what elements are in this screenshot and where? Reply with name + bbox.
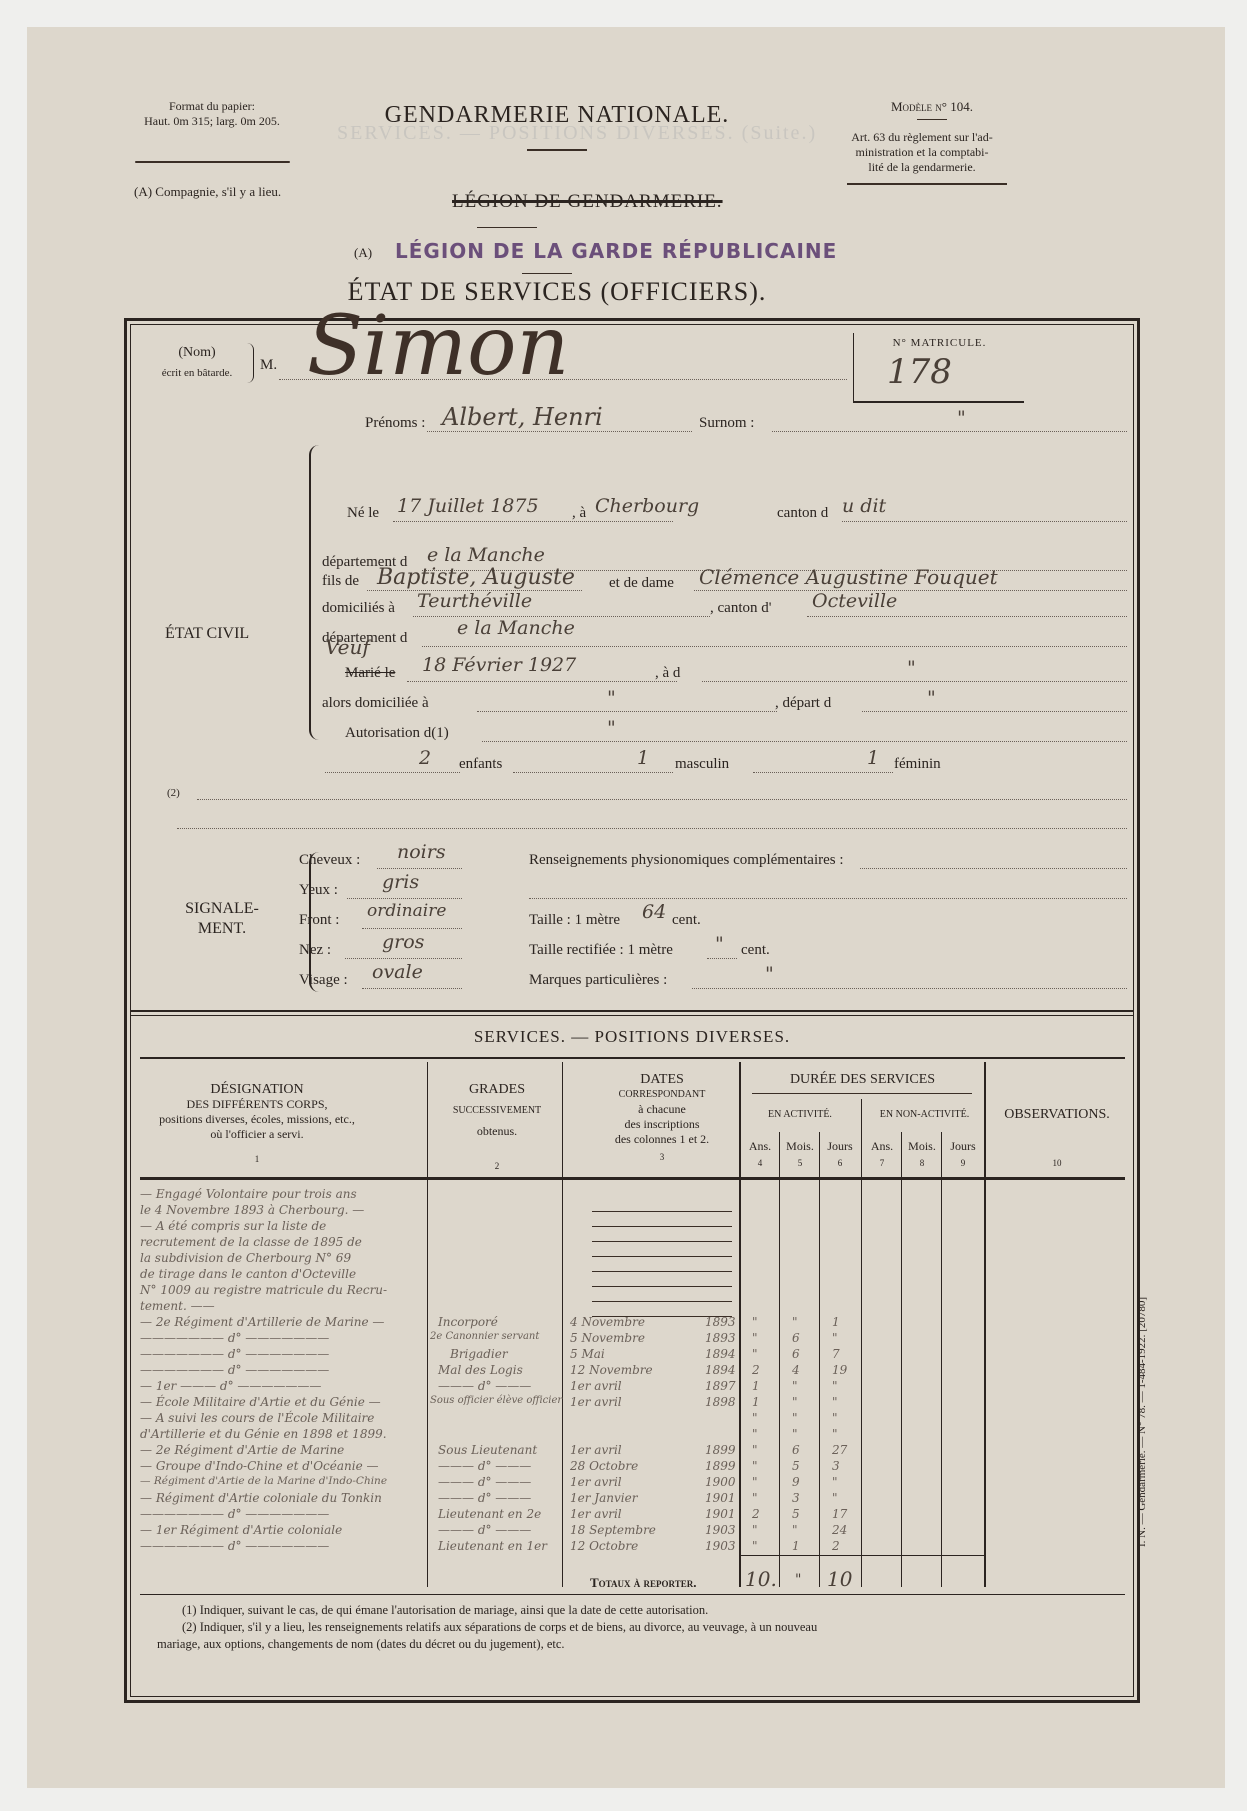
row-19-jours: " <box>832 1475 838 1489</box>
row-14-grade: Sous officier élève officier <box>430 1395 562 1406</box>
col3-number: 3 <box>587 1150 737 1165</box>
col-divider-8 <box>941 1132 942 1587</box>
feminin-count-field[interactable]: 1 <box>867 747 879 769</box>
row-21-designation: ——————— d° ——————— <box>140 1507 329 1521</box>
yeux-line <box>347 898 462 899</box>
yeux-field[interactable]: gris <box>382 871 419 893</box>
alors-label: alors domiciliée à <box>322 695 429 712</box>
col7-title: Ans. <box>862 1139 902 1154</box>
cheveux-line <box>377 868 462 869</box>
taille-rectifiee-unit: cent. <box>741 942 770 959</box>
col1-sub1: DES DIFFÉRENTS CORPS, <box>147 1097 367 1112</box>
col9-header: Jours9 <box>942 1139 984 1171</box>
table-header-rule <box>140 1177 1125 1180</box>
surnom-line <box>772 431 1127 432</box>
canton-line <box>842 521 1127 522</box>
signalement-label: SIGNALE- MENT. <box>172 899 272 939</box>
canton2-field[interactable]: Octeville <box>812 590 897 612</box>
marriage-a-label: , à d <box>655 665 680 682</box>
article-ornament <box>847 183 1007 185</box>
total-jours: 10 <box>827 1567 852 1591</box>
col6-number: 6 <box>820 1156 860 1171</box>
row-11-year: 1894 <box>705 1347 736 1361</box>
row-12-designation: ——————— d° ——————— <box>140 1363 329 1377</box>
total-ans: 10. <box>745 1567 777 1591</box>
row-4-designation: recrutement de la classe de 1895 de <box>140 1235 362 1249</box>
row-23-designation: ——————— d° ——————— <box>140 1539 329 1553</box>
row-9-ans: " <box>752 1315 758 1329</box>
mother-field[interactable]: Clémence Augustine Fouquet <box>699 565 998 589</box>
row-14-jours: " <box>832 1395 838 1409</box>
renseignements-line1 <box>860 868 1127 869</box>
marriage-date-field[interactable]: 18 Février 1927 <box>422 654 576 676</box>
row-17-jours: 27 <box>832 1443 847 1457</box>
birth-date-field[interactable]: 17 Juillet 1875 <box>397 495 539 517</box>
col2-number: 2 <box>427 1159 567 1174</box>
row-22-jours: 24 <box>832 1523 847 1537</box>
row-10-year: 1893 <box>705 1331 736 1345</box>
row-18-jours: 3 <box>832 1459 840 1473</box>
col2-header: GRADES SUCCESSIVEMENT obtenus. 2 <box>427 1082 567 1174</box>
row-18-ans: " <box>752 1459 758 1473</box>
paper-format-line2: Haut. 0m 315; larg. 0m 205. <box>132 114 292 129</box>
model-rule <box>917 119 947 120</box>
row-21-mois: 5 <box>792 1507 800 1521</box>
non-activite-header: EN NON-ACTIVITÉ. <box>862 1107 987 1122</box>
footnotes: (1) Indiquer, suivant le cas, de qui éma… <box>182 1602 1122 1653</box>
col3-sub3: des inscriptions <box>587 1117 737 1132</box>
row-23-grade: Lieutenant en 1er <box>438 1539 547 1553</box>
nom-label: (Nom) écrit en bâtarde. <box>142 343 252 383</box>
col2-sub2: obtenus. <box>427 1124 567 1139</box>
row-10-designation: ——————— d° ——————— <box>140 1331 329 1345</box>
title-ornament <box>527 149 587 151</box>
footnote-2-line1: (2) Indiquer, s'il y a lieu, les renseig… <box>182 1619 1122 1636</box>
totals-rule <box>740 1555 984 1556</box>
col9-number: 9 <box>942 1156 984 1171</box>
row-22-date: 18 Septembre <box>570 1523 656 1537</box>
row-1-designation: — Engagé Volontaire pour trois ans <box>140 1187 357 1201</box>
col4-number: 4 <box>740 1156 780 1171</box>
row-9-designation: — 2e Régiment d'Artillerie de Marine — <box>140 1315 384 1329</box>
row-11-designation: ——————— d° ——————— <box>140 1347 329 1361</box>
services-title: SERVICES. — POSITIONS DIVERSES. <box>130 1027 1134 1047</box>
surname-line <box>279 379 847 380</box>
row-21-date: 1er avril <box>570 1507 622 1521</box>
cheveux-field[interactable]: noirs <box>397 841 446 863</box>
row-17-date: 1er avril <box>570 1443 622 1457</box>
row-16-jours: " <box>832 1427 838 1441</box>
row-20-designation: — Régiment d'Artie coloniale du Tonkin <box>140 1491 382 1505</box>
enfants-line <box>325 772 460 773</box>
row-8-designation: tement. —— <box>140 1299 215 1313</box>
marriage-place-line <box>702 681 1127 682</box>
row-20-year: 1901 <box>705 1491 736 1505</box>
mother-line <box>694 590 1127 591</box>
model-number: Modèle n° 104. <box>862 99 1002 115</box>
row-14-ans: 1 <box>752 1395 760 1409</box>
row-17-year: 1899 <box>705 1443 736 1457</box>
front-field[interactable]: ordinaire <box>367 901 446 921</box>
document-paper: SERVICES. — POSITIONS DIVERSES. (Suite.)… <box>27 27 1225 1788</box>
row-11-ans: " <box>752 1347 758 1361</box>
services-title-rule <box>140 1057 1125 1059</box>
row-6-designation: de tirage dans le canton d'Octeville <box>140 1267 356 1281</box>
col5-number: 5 <box>780 1156 820 1171</box>
total-mois: " <box>795 1572 801 1588</box>
col1-title: DÉSIGNATION <box>147 1082 367 1097</box>
canton2-label: , canton d' <box>710 600 771 617</box>
totaux-label-text: Totaux à reporter. <box>590 1575 696 1590</box>
col3-sub1: CORRESPONDANT <box>587 1087 737 1102</box>
col7-header: Ans.7 <box>862 1139 902 1171</box>
row-18-mois: 5 <box>792 1459 800 1473</box>
row-12-mois: 4 <box>792 1363 800 1377</box>
row-14-date: 1er avril <box>570 1395 622 1409</box>
col5-header: Mois.5 <box>780 1139 820 1171</box>
marques-label: Marques particulières : <box>529 972 667 989</box>
row-12-ans: 2 <box>752 1363 760 1377</box>
matricule-field[interactable]: 178 <box>887 352 952 392</box>
row-13-date: 1er avril <box>570 1379 622 1393</box>
autorisation-line <box>482 741 1127 742</box>
article-line2: ministration et la comptabi- <box>817 145 1027 160</box>
domicile-field[interactable]: Teurthéville <box>417 590 532 612</box>
row-17-ans: " <box>752 1443 758 1457</box>
row-10-date: 5 Novembre <box>570 1331 645 1345</box>
row-17-grade: Sous Lieutenant <box>438 1443 537 1457</box>
m-label: M. <box>260 357 277 374</box>
alors-line <box>477 711 777 712</box>
col3-header: DATES CORRESPONDANT à chacune des inscri… <box>587 1072 737 1165</box>
col6-title: Jours <box>820 1139 860 1154</box>
visage-label: Visage : <box>299 972 348 989</box>
masculin-label: masculin <box>675 756 729 773</box>
row-5-designation: la subdivision de Cherbourg N° 69 <box>140 1251 351 1265</box>
col2-title: GRADES <box>427 1082 567 1097</box>
row-3-designation: — A été compris sur la liste de <box>140 1219 326 1233</box>
row-23-year: 1903 <box>705 1539 736 1553</box>
departement-field[interactable]: e la Manche <box>427 544 545 566</box>
section-divider <box>130 1010 1134 1012</box>
row-20-ans: " <box>752 1491 758 1505</box>
col3-title: DATES <box>587 1072 737 1087</box>
col4-header: Ans.4 <box>740 1139 780 1171</box>
row-13-grade: ——— d° ——— <box>438 1379 531 1393</box>
marie-label: Marié le <box>345 665 395 682</box>
totaux-label: Totaux à reporter. <box>590 1575 696 1591</box>
depart-line <box>862 711 1127 712</box>
enfants-count-field[interactable]: 2 <box>419 747 431 769</box>
legion-marker: (A) <box>354 245 372 261</box>
marques-field[interactable]: " <box>765 963 774 985</box>
col5-title: Mois. <box>780 1139 820 1154</box>
col10-header: OBSERVATIONS. 10 <box>992 1107 1122 1171</box>
row-10-mois: 6 <box>792 1331 800 1345</box>
feminin-line <box>753 772 893 773</box>
col7-number: 7 <box>862 1156 902 1171</box>
row-15-jours: " <box>832 1411 838 1425</box>
row-10-grade: 2e Canonnier servant <box>430 1331 539 1342</box>
row-16-ans: " <box>752 1427 758 1441</box>
col1-number: 1 <box>147 1152 367 1167</box>
row-19-mois: 9 <box>792 1475 800 1489</box>
row-13-year: 1897 <box>705 1379 736 1393</box>
visage-line <box>362 988 462 989</box>
col10-number: 10 <box>992 1156 1122 1171</box>
paper-format-note: Format du papier: Haut. 0m 315; larg. 0m… <box>132 99 292 129</box>
article-line1: Art. 63 du règlement sur l'ad- <box>817 130 1027 145</box>
row-19-designation: — Régiment d'Artie de la Marine d'Indo-C… <box>140 1475 387 1487</box>
row-10-jours: " <box>832 1331 838 1345</box>
front-line <box>362 928 462 929</box>
surnom-field[interactable]: " <box>957 407 966 429</box>
row-23-jours: 2 <box>832 1539 840 1553</box>
cheveux-label: Cheveux : <box>299 852 360 869</box>
fils-de-label: fils de <box>322 573 359 590</box>
footnote-rule <box>140 1594 1125 1595</box>
surnom-label: Surnom : <box>699 415 754 432</box>
masculin-count-field[interactable]: 1 <box>637 747 649 769</box>
row-12-grade: Mal des Logis <box>438 1363 523 1377</box>
nez-line <box>345 958 462 959</box>
row-14-mois: " <box>792 1395 798 1409</box>
nom-label-text: (Nom) <box>142 343 252 363</box>
birth-line <box>393 521 673 522</box>
row-13-jours: " <box>832 1379 838 1393</box>
depart-field[interactable]: " <box>927 687 936 709</box>
col-divider-6 <box>861 1099 862 1587</box>
signalement-label-1: SIGNALE- <box>172 899 272 919</box>
row-14-year: 1898 <box>705 1395 736 1409</box>
depart-label: , départ d <box>775 695 831 712</box>
autorisation-label: Autorisation d(1) <box>345 725 449 742</box>
autorisation-field[interactable]: " <box>607 717 616 739</box>
section-divider-thin <box>130 1015 1134 1016</box>
canton2-line <box>807 616 1127 617</box>
activite-header: EN ACTIVITÉ. <box>740 1107 860 1122</box>
row-12-jours: 19 <box>832 1363 847 1377</box>
row-23-date: 12 Octobre <box>570 1539 638 1553</box>
row-7-designation: N° 1009 au registre matricule du Recru- <box>140 1283 387 1297</box>
departement2-line <box>422 646 1127 647</box>
ne-le-label: Né le <box>347 505 379 522</box>
col-divider-7 <box>901 1132 902 1587</box>
col3-sub2: à chacune <box>587 1102 737 1117</box>
canton-label: canton d <box>777 505 828 522</box>
taille-label: Taille : 1 mètre <box>529 912 620 929</box>
col9-title: Jours <box>942 1139 984 1154</box>
row-11-grade: Brigadier <box>450 1347 508 1361</box>
row-11-jours: 7 <box>832 1347 840 1361</box>
marriage-place-field[interactable]: " <box>907 657 916 679</box>
col-divider-4 <box>779 1132 780 1587</box>
prenoms-field[interactable]: Albert, Henri <box>442 403 603 431</box>
col1-header: DÉSIGNATION DES DIFFÉRENTS CORPS, positi… <box>147 1082 367 1167</box>
row-9-year: 1893 <box>705 1315 736 1329</box>
note2-marker: (2) <box>167 787 180 799</box>
header-ornament-left <box>135 161 290 163</box>
taille-unit: cent. <box>672 912 701 929</box>
row-20-mois: 3 <box>792 1491 800 1505</box>
row-23-mois: 1 <box>792 1539 800 1553</box>
col6-header: Jours6 <box>820 1139 860 1171</box>
legion-struck-through: LÉGION DE GENDARMERIE. <box>452 191 723 213</box>
side-imprint: I. N. — Gendarmerie. — N° 78. — 1-484-19… <box>1136 1107 1148 1547</box>
col-divider-2 <box>562 1062 563 1587</box>
marques-line <box>692 988 1127 989</box>
father-field[interactable]: Baptiste, Auguste <box>377 565 575 590</box>
col1-sub2: positions diverses, écoles, missions, et… <box>147 1112 367 1127</box>
alors-field[interactable]: " <box>607 687 616 709</box>
row-22-grade: ——— d° ——— <box>438 1523 531 1537</box>
row-2-designation: le 4 Novembre 1893 à Cherbourg. — <box>140 1203 364 1217</box>
departement2-field[interactable]: e la Manche <box>457 617 575 639</box>
footnote-2-line2: mariage, aux options, changements de nom… <box>157 1636 1122 1653</box>
paper-format-line1: Format du papier: <box>132 99 292 114</box>
etat-civil-brace <box>309 445 319 740</box>
row-20-jours: " <box>832 1491 838 1505</box>
stamp-rule <box>522 273 572 274</box>
legion-stamp: LÉGION DE LA GARDE RÉPUBLICAINE <box>395 239 837 263</box>
row-9-jours: 1 <box>832 1315 840 1329</box>
front-label: Front : <box>299 912 339 929</box>
row-22-designation: — 1er Régiment d'Artie coloniale <box>140 1523 342 1537</box>
prenoms-label: Prénoms : <box>365 415 425 432</box>
row-21-grade: Lieutenant en 2e <box>438 1507 541 1521</box>
taille-rectifiee-label: Taille rectifiée : 1 mètre <box>529 942 673 959</box>
taille-field[interactable]: 64 <box>642 901 666 923</box>
signalement-label-2: MENT. <box>172 919 272 939</box>
matricule-label: N° MATRICULE. <box>857 337 1022 349</box>
dame-label: et de dame <box>609 575 674 592</box>
row-17-mois: 6 <box>792 1443 800 1457</box>
row-21-ans: 2 <box>752 1507 760 1521</box>
col8-title: Mois. <box>902 1139 942 1154</box>
col-divider-9 <box>984 1062 986 1587</box>
row-13-designation: — 1er ——— d° ——————— <box>140 1379 321 1393</box>
domicilies-label: domiciliés à <box>322 600 395 617</box>
nez-label: Nez : <box>299 942 331 959</box>
row-15-designation: — A suivi les cours de l'École Militaire <box>140 1411 374 1425</box>
row-20-grade: ——— d° ——— <box>438 1491 531 1505</box>
row-9-date: 4 Novembre <box>570 1315 645 1329</box>
row-18-designation: — Groupe d'Indo-Chine et d'Océanie — <box>140 1459 379 1473</box>
compagnie-note: (A) Compagnie, s'il y a lieu. <box>134 184 281 200</box>
footnote-1: (1) Indiquer, suivant le cas, de qui éma… <box>182 1602 1122 1619</box>
duree-ornament <box>752 1093 972 1094</box>
marriage-line <box>407 681 677 682</box>
row-15-ans: " <box>752 1411 758 1425</box>
nez-field[interactable]: gros <box>382 931 424 953</box>
enfants-label: enfants <box>459 756 502 773</box>
row-10-ans: " <box>752 1331 758 1345</box>
veuf-annotation[interactable]: Veuf <box>325 635 370 659</box>
col10-title: OBSERVATIONS. <box>992 1107 1122 1122</box>
row-17-designation: — 2e Régiment d'Artie de Marine <box>140 1443 344 1457</box>
birth-a-label: , à <box>572 505 586 522</box>
row-19-grade: ——— d° ——— <box>438 1475 531 1489</box>
row-19-ans: " <box>752 1475 758 1489</box>
col2-sub1: SUCCESSIVEMENT <box>427 1103 567 1118</box>
row-12-date: 12 Novembre <box>570 1363 653 1377</box>
row-21-year: 1901 <box>705 1507 736 1521</box>
page-title: GENDARMERIE NATIONALE. <box>367 102 747 129</box>
taille-rectifiee-line <box>707 958 737 959</box>
renseignements-label: Renseignements physionomiques complément… <box>529 852 844 869</box>
article-reference: Art. 63 du règlement sur l'ad- ministrat… <box>817 130 1027 175</box>
renseignements-line2 <box>529 898 1127 899</box>
canton-field[interactable]: u dit <box>842 495 886 517</box>
row-22-mois: " <box>792 1523 798 1537</box>
col3-sub4: des colonnes 1 et 2. <box>587 1132 737 1147</box>
row-18-year: 1899 <box>705 1459 736 1473</box>
col8-header: Mois.8 <box>902 1139 942 1171</box>
row-13-mois: " <box>792 1379 798 1393</box>
row-18-grade: ——— d° ——— <box>438 1459 531 1473</box>
row-9-grade: Incorporé <box>438 1315 498 1329</box>
row-11-mois: 6 <box>792 1347 800 1361</box>
etat-civil-label: ÉTAT CIVIL <box>165 625 249 643</box>
masculin-line <box>513 772 673 773</box>
dates-filler-rules <box>592 1197 732 1317</box>
duree-header: DURÉE DES SERVICES <box>740 1072 985 1087</box>
row-13-ans: 1 <box>752 1379 760 1393</box>
col4-title: Ans. <box>740 1139 780 1154</box>
col-divider-5 <box>819 1132 820 1587</box>
col1-sub3: où l'officier a servi. <box>147 1127 367 1142</box>
row-12-year: 1894 <box>705 1363 736 1377</box>
nom-brace <box>247 343 254 383</box>
note2-line2 <box>177 828 1127 829</box>
prenoms-line <box>427 431 692 432</box>
row-19-year: 1900 <box>705 1475 736 1489</box>
row-9-mois: " <box>792 1315 798 1329</box>
legion-rule <box>477 227 537 228</box>
row-18-date: 28 Octobre <box>570 1459 638 1473</box>
note2-line1 <box>197 799 1127 800</box>
row-21-jours: 17 <box>832 1507 847 1521</box>
nom-sublabel: écrit en bâtarde. <box>142 363 252 383</box>
birth-place-field[interactable]: Cherbourg <box>595 495 699 517</box>
row-23-ans: " <box>752 1539 758 1553</box>
row-19-date: 1er avril <box>570 1475 622 1489</box>
col-divider-3 <box>739 1062 741 1587</box>
visage-field[interactable]: ovale <box>372 961 423 983</box>
yeux-label: Yeux : <box>299 882 338 899</box>
col8-number: 8 <box>902 1156 942 1171</box>
row-15-mois: " <box>792 1411 798 1425</box>
row-14-designation: — École Militaire d'Artie et du Génie — <box>140 1395 381 1409</box>
row-11-date: 5 Mai <box>570 1347 605 1361</box>
row-16-mois: " <box>792 1427 798 1441</box>
row-22-year: 1903 <box>705 1523 736 1537</box>
row-16-designation: d'Artillerie et du Génie en 1898 et 1899… <box>140 1427 387 1441</box>
row-20-date: 1er Janvier <box>570 1491 637 1505</box>
row-22-ans: " <box>752 1523 758 1537</box>
feminin-label: féminin <box>894 756 941 773</box>
col-divider-1 <box>427 1062 428 1587</box>
article-line3: lité de la gendarmerie. <box>817 160 1027 175</box>
taille-rectifiee-field[interactable]: " <box>715 933 724 955</box>
